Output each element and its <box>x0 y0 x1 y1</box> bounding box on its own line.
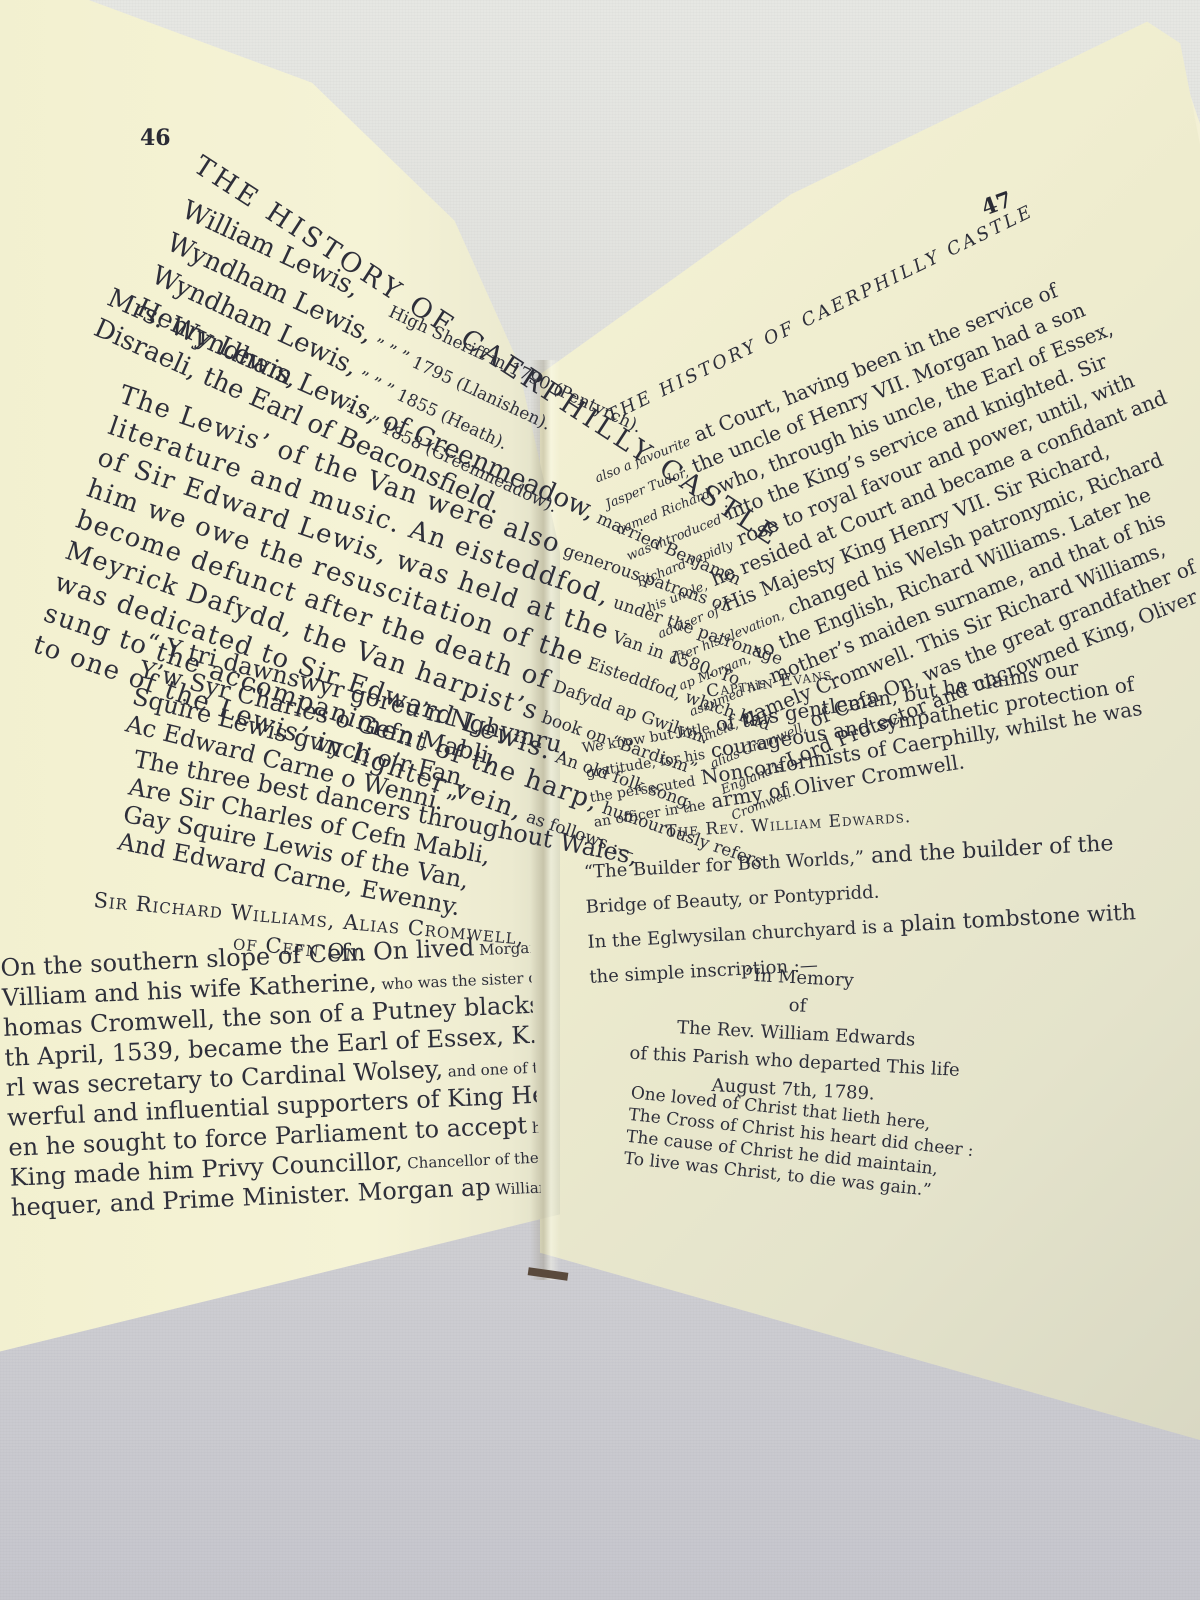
sir-richard-paragraph: On the southern slope of Cefn On lived M… <box>0 932 541 1225</box>
page-number-left: 46 <box>140 125 171 151</box>
